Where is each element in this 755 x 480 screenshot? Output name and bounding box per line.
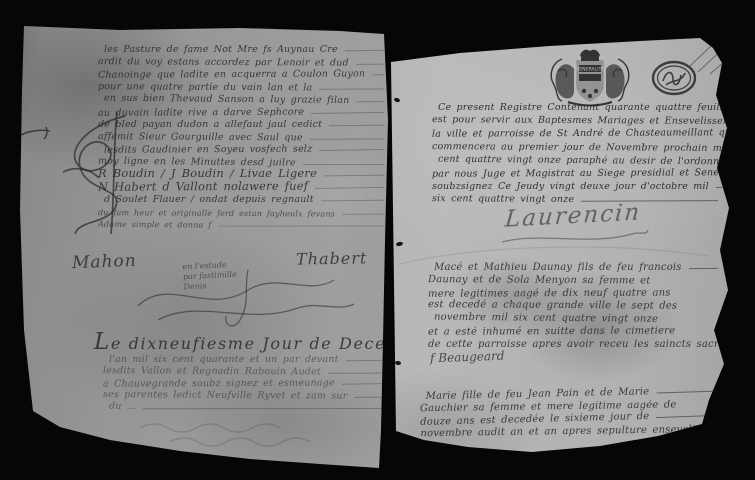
- line-filler-dash: [218, 225, 384, 226]
- ink-spot: [395, 361, 401, 366]
- line-filler-dash: [750, 163, 755, 164]
- line-filler-dash: [328, 373, 383, 374]
- signature-thabert: Thabert: [296, 248, 368, 268]
- line-filler-dash: [716, 187, 722, 188]
- line-filler-dash: [372, 74, 384, 75]
- line-filler-dash: [324, 174, 384, 176]
- line-filler-dash: [319, 88, 384, 89]
- burial-act-2: Marie fille de feu Jean Pain et de Marie…: [420, 383, 721, 440]
- handwritten-line: et a esté inhumé en suitte dans le cimet…: [428, 323, 720, 337]
- handwritten-line: les Pasture de fame Not Mre fs Auynau Cr…: [104, 42, 386, 55]
- line-filler-dash: [354, 397, 383, 398]
- line-filler-dash: [319, 148, 384, 150]
- act-heading: Le dixneufiesme Jour de Decembre: [94, 329, 386, 355]
- line-filler-dash: [143, 408, 383, 409]
- line-filler-dash: [656, 415, 718, 418]
- line-filler-dash: [356, 63, 384, 64]
- ink-spot: [393, 97, 400, 103]
- manuscript-scan: les Pasture de fame Not Mre fs Auynau Cr…: [0, 0, 755, 480]
- line-filler-dash: [310, 137, 384, 138]
- left-act2-text: l'an mil six cent quarante et un par dev…: [103, 353, 385, 413]
- line-filler-dash: [356, 101, 384, 102]
- pen-scribbles: [128, 268, 358, 334]
- handwritten-line: la ville et parroisse de St André de Cha…: [432, 126, 720, 141]
- line-filler-dash: [321, 199, 384, 201]
- line-filler-dash: [315, 186, 384, 188]
- line-filler-dash: [329, 124, 384, 126]
- handwritten-line: Daunay et de Sola Menyon sa femme et: [428, 272, 720, 287]
- line-filler-dash: [342, 213, 384, 214]
- handwritten-line: du ...: [109, 400, 385, 415]
- line-filler-dash: [311, 111, 384, 113]
- line-filler-dash: [303, 163, 384, 164]
- register-opening-note: Ce present Registre Contenant quarante q…: [432, 100, 720, 206]
- handwritten-line: l'an mil six cent quarante et un par dev…: [109, 353, 385, 365]
- priest-paraph: f Beaugeard: [430, 349, 505, 366]
- handwritten-line: Ce present Registre Contenant quarante q…: [438, 100, 720, 113]
- line-filler-dash: [342, 383, 383, 385]
- handwritten-line: Chanoinge que ladite en acquerra a Coulo…: [98, 66, 386, 80]
- svg-text:GENERALITE: GENERALITE: [576, 67, 605, 73]
- line-filler-dash: [346, 360, 383, 361]
- handwritten-line: par nous Juge et Magistrat au Siege pres…: [432, 165, 720, 180]
- line-filler-dash: [656, 390, 717, 393]
- page-crease: [400, 238, 710, 268]
- armorial-tax-stamp: GENERALITE: [546, 45, 634, 107]
- handwritten-line: soubzsignez Ce Jeudy vingt deuxe jour d'…: [432, 179, 720, 192]
- line-filler-dash: [745, 108, 751, 109]
- pen-trial-strokes: [688, 36, 746, 80]
- faded-ink-traces: [140, 420, 340, 450]
- line-filler-dash: [345, 49, 384, 50]
- margin-pen-mark: [16, 125, 52, 141]
- burial-act-1: Macé et Mathieu Daunay fils de feu franc…: [428, 260, 720, 350]
- handwritten-line: de cette parroisse apres avoir receu les…: [428, 337, 720, 350]
- marginal-flourish: [55, 108, 147, 240]
